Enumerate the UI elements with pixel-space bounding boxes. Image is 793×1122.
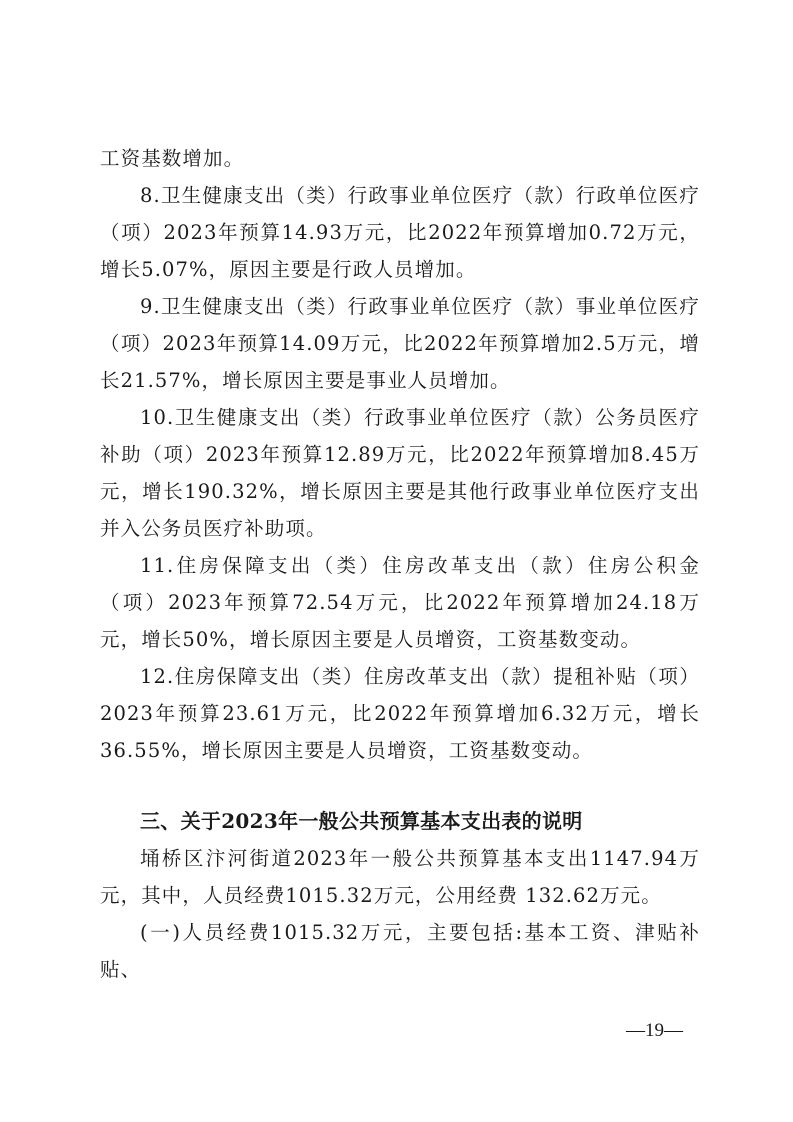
page-number: —19— — [626, 1020, 683, 1042]
paragraph-item-9-health-institution-medical: 9.卫生健康支出（类）行政事业单位医疗（款）事业单位医疗（项）2023年预算14… — [100, 288, 700, 399]
paragraph-continuation: 工资基数增加。 — [100, 140, 700, 177]
paragraph-item-8-health-admin-medical: 8.卫生健康支出（类）行政事业单位医疗（款）行政单位医疗（项）2023年预算14… — [100, 177, 700, 288]
document-page: 工资基数增加。 8.卫生健康支出（类）行政事业单位医疗（款）行政单位医疗（项）2… — [100, 140, 700, 988]
paragraph-basic-expenditure-summary: 埇桥区汴河街道2023年一般公共预算基本支出1147.94万元，其中，人员经费1… — [100, 840, 700, 914]
paragraph-item-12-rent-subsidy: 12.住房保障支出（类）住房改革支出（款）提租补贴（项）2023年预算23.61… — [100, 658, 700, 769]
paragraph-item-11-housing-provident-fund: 11.住房保障支出（类）住房改革支出（款）住房公积金（项）2023年预算72.5… — [100, 547, 700, 658]
paragraph-item-10-civil-servant-medical-subsidy: 10.卫生健康支出（类）行政事业单位医疗（款）公务员医疗补助（项）2023年预算… — [100, 399, 700, 547]
section-heading: 三、关于2023年一般公共预算基本支出表的说明 — [100, 803, 700, 840]
paragraph-personnel-expenses: (一)人员经费1015.32万元，主要包括:基本工资、津贴补贴、 — [100, 914, 700, 988]
section-spacer — [100, 769, 700, 803]
